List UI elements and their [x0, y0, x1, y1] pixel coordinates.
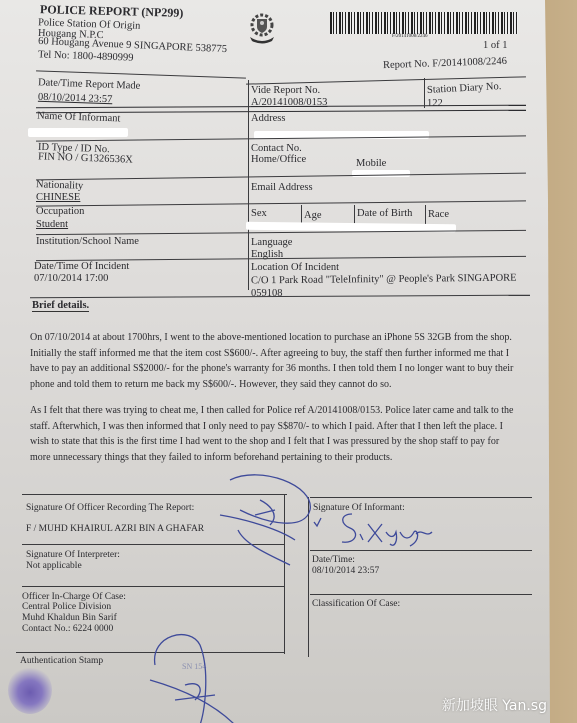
interpreter-label: Signature Of Interpreter: [26, 550, 120, 561]
incident-datetime-value: 07/10/2014 17:00 [34, 273, 108, 284]
incident-datetime-label: Date/Time Of Incident [34, 261, 129, 272]
barcode-text: F/20141008/2246 [392, 34, 428, 39]
divider [310, 550, 532, 551]
nationality-value: CHINESE [36, 192, 80, 203]
classification-label: Classification Of Case: [312, 599, 400, 609]
police-crest-icon [247, 12, 277, 46]
brief-paragraph-1: On 07/10/2014 at about 1700hrs, I went t… [30, 330, 520, 392]
oic-name: Muhd Khaldun Bin Sarif [22, 613, 117, 623]
race-label: Race [428, 209, 449, 220]
brief-details-heading: Brief details. [32, 300, 89, 312]
oic-division: Central Police Division [22, 602, 111, 612]
divider [22, 586, 284, 587]
address-label: Address [251, 113, 285, 124]
contact-label: Contact No. [251, 143, 302, 154]
informant-signature-icon [312, 510, 442, 550]
oic-contact: Contact No.: 6224 0000 [22, 624, 113, 634]
vide-report-label: Vide Report No. [251, 85, 320, 96]
divider [310, 497, 532, 498]
dob-label: Date of Birth [357, 208, 412, 219]
brief-paragraph-2: As I felt that there was trying to cheat… [30, 403, 520, 465]
oic-label: Officer In-Charge Of Case: [22, 592, 126, 602]
incident-postal-code: 059108 [251, 288, 283, 299]
informant-name-label: Name Of Informant [37, 111, 121, 125]
occupation-value: Student [36, 219, 68, 230]
watermark: 新加坡眼 Yan.sg [442, 695, 547, 715]
incident-location-label: Location Of Incident [251, 262, 339, 273]
mobile-label: Mobile [356, 158, 386, 169]
divider [36, 200, 526, 206]
station-diary-label: Station Diary No. [427, 81, 502, 96]
station-diary-value: 122 [427, 98, 443, 109]
officer-signature-icon [200, 470, 320, 570]
station-tel: Tel No: 1800-4890999 [38, 49, 134, 63]
officer-name: F / MUHD KHAIRUL AZRI BIN A GHAFAR [26, 524, 204, 534]
redaction-bar [28, 128, 128, 137]
occupation-label: Occupation [36, 206, 84, 217]
age-label: Age [304, 210, 322, 221]
datetime-report-value: 08/10/2014 23:57 [38, 92, 113, 106]
officer-signature-label: Signature Of Officer Recording The Repor… [26, 503, 194, 513]
interpreter-value: Not applicable [26, 561, 82, 571]
column-divider [424, 78, 425, 108]
sig-datetime-value: 08/10/2014 23:57 [312, 566, 379, 576]
stamp-label: Authentication Stamp [20, 656, 103, 666]
nationality-label: Nationality [36, 179, 84, 192]
divider [36, 173, 526, 181]
incident-location-value: C/O 1 Park Road "TeleInfinity" @ People'… [251, 273, 517, 287]
authentication-stamp-icon [8, 666, 52, 714]
datetime-report-label: Date/Time Report Made [38, 77, 141, 92]
page-count: 1 of 1 [483, 40, 508, 51]
divider [36, 230, 526, 235]
divider [310, 594, 532, 595]
institution-label: Institution/School Name [36, 236, 139, 247]
police-report-page: POLICE REPORT (NP299) Police Station Of … [0, 0, 550, 723]
barcode [330, 12, 518, 34]
officer-initials-icon [145, 630, 255, 723]
language-label: Language [251, 237, 292, 248]
home-office-label: Home/Office [251, 154, 306, 165]
report-number: Report No. F/20141008/2246 [383, 56, 507, 71]
vide-report-value: A/20141008/0153 [251, 97, 327, 108]
id-type-value: FIN NO / G1326536X [38, 151, 133, 165]
email-label: Email Address [251, 182, 313, 193]
sex-label: Sex [251, 208, 267, 219]
